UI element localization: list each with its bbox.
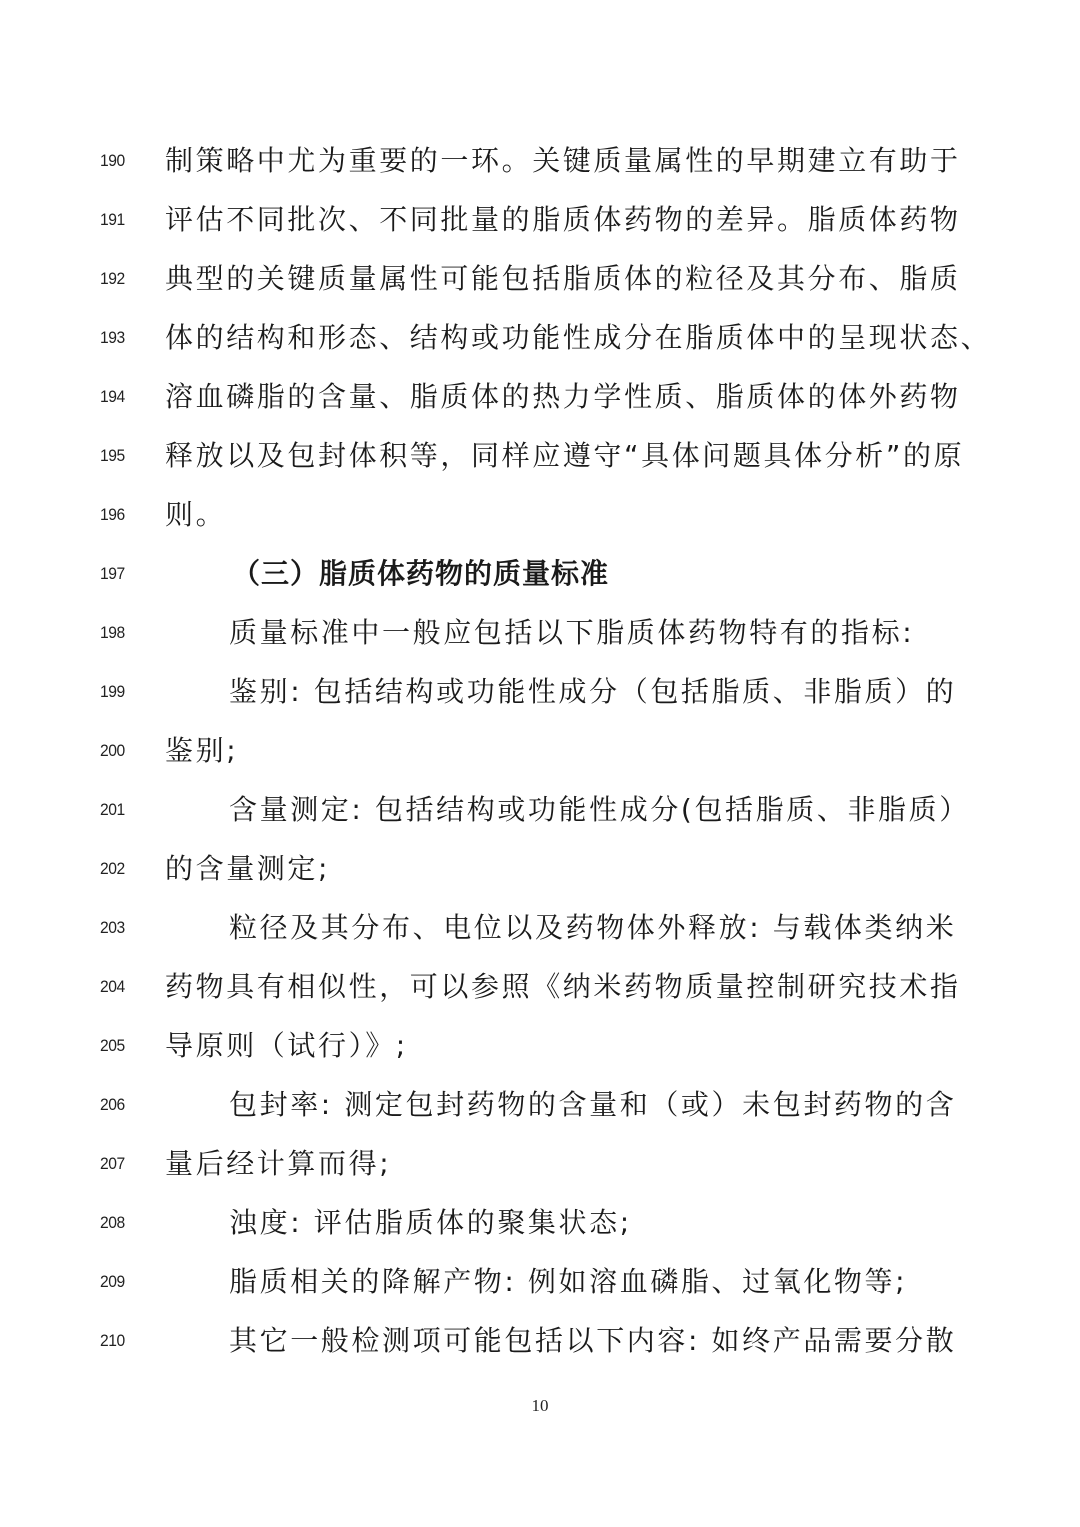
- document-line: 192 典型的关键质量属性可能包括脂质体的粒径及其分布、脂质: [0, 251, 1080, 310]
- line-text: 释放以及包封体积等，同样应遵守“具体问题具体分析”的原: [165, 436, 964, 476]
- line-number: 199: [100, 682, 125, 702]
- document-line: 208 浊度: 评估脂质体的聚集状态;: [0, 1195, 1080, 1254]
- line-number: 206: [100, 1095, 125, 1115]
- line-number: 200: [100, 741, 125, 761]
- line-number: 205: [100, 1036, 125, 1056]
- line-text: 则。: [165, 495, 226, 535]
- document-line: 203 粒径及其分布、电位以及药物体外释放: 与载体类纳米: [0, 900, 1080, 959]
- line-text: 含量测定: 包括结构或功能性成分(包括脂质、非脂质）: [229, 790, 970, 830]
- line-number: 198: [100, 623, 125, 643]
- line-text: 其它一般检测项可能包括以下内容: 如终产品需要分散: [229, 1321, 956, 1361]
- document-line: 205 导原则（试行）》;: [0, 1018, 1080, 1077]
- line-text: 包封率: 测定包封药物的含量和（或）未包封药物的含: [229, 1085, 956, 1125]
- document-line: 196 则。: [0, 487, 1080, 546]
- document-line: 202 的含量测定;: [0, 841, 1080, 900]
- document-line: 201 含量测定: 包括结构或功能性成分(包括脂质、非脂质）: [0, 782, 1080, 841]
- line-number: 190: [100, 151, 125, 171]
- document-line: 199 鉴别: 包括结构或功能性成分（包括脂质、非脂质）的: [0, 664, 1080, 723]
- document-line: 198 质量标准中一般应包括以下脂质体药物特有的指标:: [0, 605, 1080, 664]
- document-line: 190 制策略中尤为重要的一环。关键质量属性的早期建立有助于: [0, 133, 1080, 192]
- line-number: 197: [100, 564, 125, 584]
- line-text: 鉴别;: [165, 731, 238, 771]
- line-number: 201: [100, 800, 125, 820]
- line-text: 鉴别: 包括结构或功能性成分（包括脂质、非脂质）的: [229, 672, 956, 712]
- line-text: 的含量测定;: [165, 849, 330, 889]
- line-text: 溶血磷脂的含量、脂质体的热力学性质、脂质体的体外药物: [165, 377, 961, 417]
- line-number: 207: [100, 1154, 125, 1174]
- document-line: 204 药物具有相似性，可以参照《纳米药物质量控制研究技术指: [0, 959, 1080, 1018]
- document-line: 210 其它一般检测项可能包括以下内容: 如终产品需要分散: [0, 1313, 1080, 1372]
- line-number: 208: [100, 1213, 125, 1233]
- page-number: 10: [0, 1396, 1080, 1416]
- line-text: 量后经计算而得;: [165, 1144, 391, 1184]
- document-line: 207 量后经计算而得;: [0, 1136, 1080, 1195]
- line-text: 体的结构和形态、结构或功能性成分在脂质体中的呈现状态、: [165, 318, 991, 358]
- line-text: 导原则（试行）》;: [165, 1026, 408, 1066]
- line-text: 药物具有相似性，可以参照《纳米药物质量控制研究技术指: [165, 967, 961, 1007]
- line-number: 191: [100, 210, 125, 230]
- line-number: 203: [100, 918, 125, 938]
- line-number: 193: [100, 328, 125, 348]
- document-line: 193 体的结构和形态、结构或功能性成分在脂质体中的呈现状态、: [0, 310, 1080, 369]
- document-line: 191 评估不同批次、不同批量的脂质体药物的差异。脂质体药物: [0, 192, 1080, 251]
- line-number: 195: [100, 446, 125, 466]
- section-heading-line: 197 （三）脂质体药物的质量标准: [0, 546, 1080, 605]
- document-line: 194 溶血磷脂的含量、脂质体的热力学性质、脂质体的体外药物: [0, 369, 1080, 428]
- document-page: 190 制策略中尤为重要的一环。关键质量属性的早期建立有助于 191 评估不同批…: [0, 0, 1080, 1527]
- line-number: 204: [100, 977, 125, 997]
- line-text: 脂质相关的降解产物: 例如溶血磷脂、过氧化物等;: [229, 1262, 907, 1302]
- line-number: 210: [100, 1331, 125, 1351]
- document-line: 195 释放以及包封体积等，同样应遵守“具体问题具体分析”的原: [0, 428, 1080, 487]
- line-number: 209: [100, 1272, 125, 1292]
- line-number: 194: [100, 387, 125, 407]
- numbered-lines: 190 制策略中尤为重要的一环。关键质量属性的早期建立有助于 191 评估不同批…: [0, 133, 1080, 1372]
- line-text: 制策略中尤为重要的一环。关键质量属性的早期建立有助于: [165, 141, 961, 181]
- line-text: 质量标准中一般应包括以下脂质体药物特有的指标:: [229, 613, 914, 653]
- document-line: 206 包封率: 测定包封药物的含量和（或）未包封药物的含: [0, 1077, 1080, 1136]
- line-number: 202: [100, 859, 125, 879]
- line-number: 192: [100, 269, 125, 289]
- line-text: 评估不同批次、不同批量的脂质体药物的差异。脂质体药物: [165, 200, 961, 240]
- line-number: 196: [100, 505, 125, 525]
- line-text: 粒径及其分布、电位以及药物体外释放: 与载体类纳米: [229, 908, 956, 948]
- line-text: 典型的关键质量属性可能包括脂质体的粒径及其分布、脂质: [165, 259, 961, 299]
- document-line: 209 脂质相关的降解产物: 例如溶血磷脂、过氧化物等;: [0, 1254, 1080, 1313]
- document-line: 200 鉴别;: [0, 723, 1080, 782]
- section-heading: （三）脂质体药物的质量标准: [232, 554, 609, 594]
- line-text: 浊度: 评估脂质体的聚集状态;: [229, 1203, 632, 1243]
